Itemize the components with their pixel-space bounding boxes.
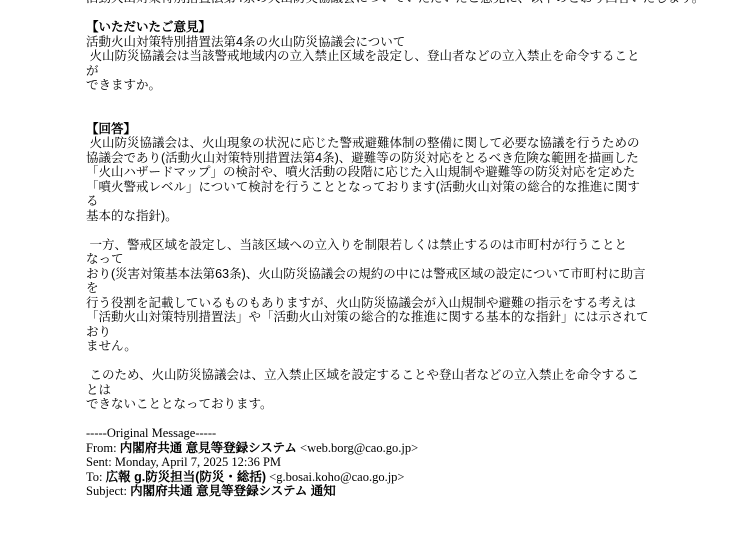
opinion-line: できますか。 <box>86 78 711 93</box>
answer-para3-line: できないこととなっております。 <box>86 397 711 412</box>
answer-para2-line: なって <box>86 252 711 267</box>
answer-para2-line: 行う役割を記載しているものもありますが、火山防災協議会が入山規制や避難の指示をす… <box>86 296 711 311</box>
original-message-separator: -----Original Message----- <box>86 426 711 441</box>
answer-para1-line: 基本的な指針)。 <box>86 209 711 224</box>
from-address: <web.borg@cao.go.jp> <box>300 441 418 455</box>
email-subject-line: Subject: 内閣府共通 意見等登録システム 通知 <box>86 484 711 499</box>
blank-line <box>86 6 711 21</box>
answer-heading: 【回答】 <box>86 122 711 137</box>
answer-para3-line: このため、火山防災協議会は、立入禁止区域を設定することや登山者などの立入禁止を命… <box>86 368 711 383</box>
answer-para3-line: とは <box>86 383 711 398</box>
email-to-line: To: 広報 g.防災担当(防災・総括) <g.bosai.koho@cao.g… <box>86 470 711 485</box>
opinion-line: 火山防災協議会は当該警戒地域内の立入禁止区域を設定し、登山者などの立入禁止を命令… <box>86 49 711 64</box>
sent-label: Sent: <box>86 455 112 469</box>
opinion-heading: 【いただいたご意見】 <box>86 20 711 35</box>
opinion-line: 活動火山対策特別措置法第4条の火山防災協議会について <box>86 35 711 50</box>
answer-para2-line: を <box>86 281 711 296</box>
answer-para1-line: 「噴火警戒レベル」について検討を行うこととなっております(活動火山対策の総合的な… <box>86 180 711 195</box>
answer-para2-line: 一方、警戒区域を設定し、当該区域への立入りを制限若しくは禁止するのは市町村が行う… <box>86 238 711 253</box>
to-address: <g.bosai.koho@cao.go.jp> <box>269 470 404 484</box>
blank-line <box>86 107 711 122</box>
answer-para1-line: 協議会であり(活動火山対策特別措置法第4条)、避難等の防災対応をとるべき危険な範… <box>86 151 711 166</box>
email-body: 活動火山対策特別措置法第4条の火山防災協議会についていただいたご意見に、以下のと… <box>86 0 711 499</box>
answer-para1-line: る <box>86 194 711 209</box>
blank-line <box>86 412 711 427</box>
subject-label: Subject: <box>86 484 127 498</box>
sent-value: Monday, April 7, 2025 12:36 PM <box>115 455 281 469</box>
email-sent-line: Sent: Monday, April 7, 2025 12:36 PM <box>86 455 711 470</box>
opinion-line: が <box>86 64 711 79</box>
to-name: 広報 g.防災担当(防災・総括) <box>106 470 266 484</box>
from-label: From: <box>86 441 117 455</box>
document-page: 活動火山対策特別措置法第4条の火山防災協議会についていただいたご意見に、以下のと… <box>0 0 736 552</box>
blank-line <box>86 223 711 238</box>
from-name: 内閣府共通 意見等登録システム <box>120 441 297 455</box>
subject-value: 内閣府共通 意見等登録システム 通知 <box>130 484 336 498</box>
answer-para1-line: 火山防災協議会は、火山現象の状況に応じた警戒避難体制の整備に関して必要な協議を行… <box>86 136 711 151</box>
blank-line <box>86 354 711 369</box>
blank-line <box>86 93 711 108</box>
top-clipped-line: 活動火山対策特別措置法第4条の火山防災協議会についていただいたご意見に、以下のと… <box>86 0 711 6</box>
to-label: To: <box>86 470 103 484</box>
answer-para2-line: 「活動火山対策特別措置法」や「活動火山対策の総合的な推進に関する基本的な指針」に… <box>86 310 711 325</box>
email-from-line: From: 内閣府共通 意見等登録システム <web.borg@cao.go.j… <box>86 441 711 456</box>
answer-para2-line: ません。 <box>86 339 711 354</box>
answer-para2-line: おり <box>86 325 711 340</box>
answer-para1-line: 「火山ハザードマップ」の検討や、噴火活動の段階に応じた入山規制や避難等の防災対応… <box>86 165 711 180</box>
answer-para2-line: おり(災害対策基本法第63条)、火山防災協議会の規約の中には警戒区域の設定につい… <box>86 267 711 282</box>
